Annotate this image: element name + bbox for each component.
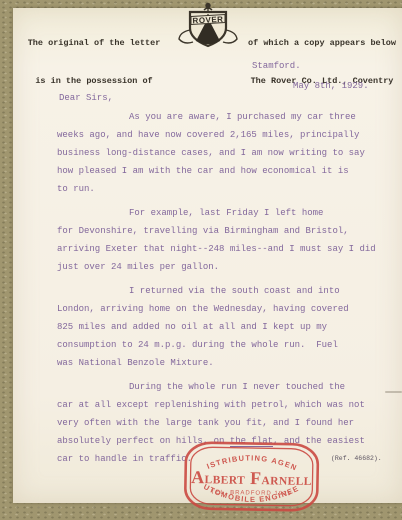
letter-line: London, arriving home on the Wednesday, … (57, 300, 397, 318)
dealer-stamp: DISTRIBUTING AGENT ALBERT FARNELL TEL. B… (182, 440, 320, 520)
letter-line: to run. (57, 180, 397, 198)
letter-paragraph: As you are aware, I purchased my car thr… (57, 108, 397, 198)
letter-place: Stamford. (252, 61, 301, 71)
letter-line: As you are aware, I purchased my car thr… (57, 108, 397, 126)
letter-paragraph: For example, last Friday I left homefor … (57, 204, 397, 276)
letter-line: very often with the large tank you fit, … (57, 414, 397, 432)
scanned-letter: { "scan": { "header": { "left": ["The or… (0, 0, 402, 520)
letter-line: During the whole run I never touched the (57, 378, 397, 396)
letter-line: arriving Exeter that night--248 miles--a… (57, 240, 397, 258)
letter-line: 825 miles and added no oil at all and I … (57, 318, 397, 336)
letter-line: For example, last Friday I left home (57, 204, 397, 222)
logo-wordmark: ROVER (192, 15, 223, 26)
letter-line: just over 24 miles per gallon. (57, 258, 397, 276)
rover-logo: ROVER (176, 2, 240, 57)
letter-line: how pleased I am with the car and how ec… (57, 162, 397, 180)
scan-crease-mark (385, 391, 402, 393)
letter-line: consumption to 24 m.p.g. during the whol… (57, 336, 397, 354)
letter-salutation: Dear Sirs, (59, 93, 113, 103)
letter-line: weeks ago, and have now covered 2,165 mi… (57, 126, 397, 144)
letter-body: As you are aware, I purchased my car thr… (57, 108, 397, 474)
letter-date: May 8th, 1929. (293, 81, 369, 91)
letter-line: for Devonshire, travelling via Birmingha… (57, 222, 397, 240)
letter-line: car at all except replenishing with petr… (57, 396, 397, 414)
provenance-note-left-line1: The original of the letter (23, 37, 165, 50)
letter-line: I returned via the south coast and into (57, 282, 397, 300)
letter-paragraph: I returned via the south coast and intoL… (57, 282, 397, 372)
provenance-note-right-line1: of which a copy appears below (243, 37, 401, 50)
letter-line: business long-distance cases, and I am n… (57, 144, 397, 162)
reference-note: (Ref. 46682). (331, 455, 382, 462)
letter-page: The original of the letter is in the pos… (13, 8, 402, 503)
letter-line: was National Benzole Mixture. (57, 354, 397, 372)
provenance-note-left-line2: is in the possession of (23, 75, 165, 88)
